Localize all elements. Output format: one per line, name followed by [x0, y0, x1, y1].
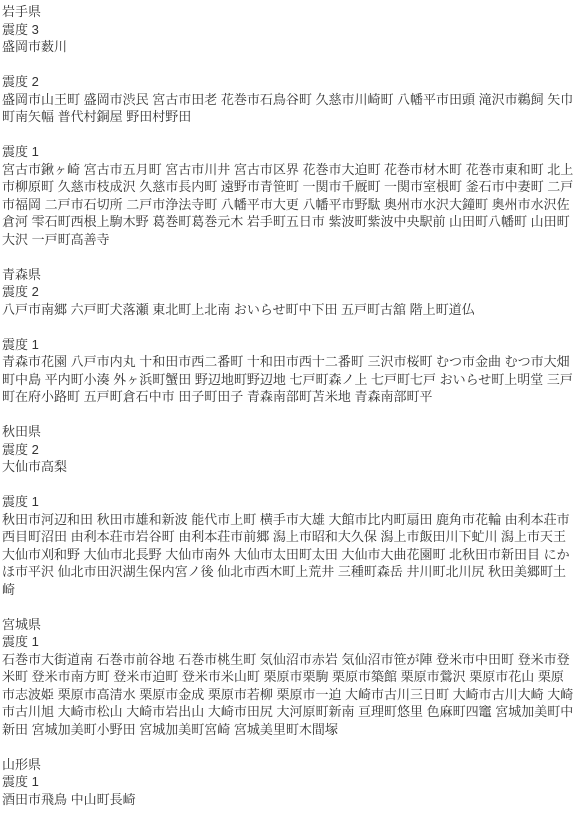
intensity-group: 震度 2 大仙市高梨	[2, 441, 575, 476]
area-list: 宮古市鍬ヶ崎 宮古市五月町 宮古市川井 宮古市区界 花巻市大迫町 花巻市材木町 …	[2, 161, 575, 249]
area-list: 酒田市飛鳥 中山町長崎	[2, 791, 575, 809]
intensity-heading: 震度 2	[2, 283, 575, 301]
prefecture-section-yamagata: 山形県 震度 1 酒田市飛鳥 中山町長崎	[2, 756, 575, 809]
intensity-heading: 震度 1	[2, 493, 575, 511]
prefecture-name: 山形県	[2, 756, 575, 774]
intensity-group: 震度 1 宮古市鍬ヶ崎 宮古市五月町 宮古市川井 宮古市区界 花巻市大迫町 花巻…	[2, 143, 575, 248]
intensity-group: 震度 1 酒田市飛鳥 中山町長崎	[2, 773, 575, 808]
seismic-intensity-report: 岩手県 震度 3 盛岡市薮川 震度 2 盛岡市山王町 盛岡市渋民 宮古市田老 花…	[0, 0, 584, 832]
prefecture-section-akita: 秋田県 震度 2 大仙市高梨 震度 1 秋田市河辺和田 秋田市雄和新波 能代市上…	[2, 423, 575, 598]
intensity-heading: 震度 1	[2, 773, 575, 791]
intensity-group: 震度 2 盛岡市山王町 盛岡市渋民 宮古市田老 花巻市石鳥谷町 久慈市川崎町 八…	[2, 73, 575, 126]
intensity-heading: 震度 3	[2, 21, 575, 39]
area-list: 青森市花園 八戸市内丸 十和田市西二番町 十和田市西十二番町 三沢市桜町 むつ市…	[2, 353, 575, 406]
area-list: 大仙市高梨	[2, 458, 575, 476]
prefecture-section-aomori: 青森県 震度 2 八戸市南郷 六戸町犬落瀬 東北町上北南 おいらせ町中下田 五戸…	[2, 266, 575, 406]
intensity-heading: 震度 1	[2, 143, 575, 161]
area-list: 盛岡市山王町 盛岡市渋民 宮古市田老 花巻市石鳥谷町 久慈市川崎町 八幡平市田頭…	[2, 91, 575, 126]
intensity-group: 震度 1 石巻市大街道南 石巻市前谷地 石巻市桃生町 気仙沼市赤岩 気仙沼市笹が…	[2, 633, 575, 738]
intensity-group: 震度 3 盛岡市薮川	[2, 21, 575, 56]
intensity-heading: 震度 1	[2, 336, 575, 354]
prefecture-name: 宮城県	[2, 616, 575, 634]
intensity-heading: 震度 2	[2, 73, 575, 91]
intensity-heading: 震度 2	[2, 441, 575, 459]
intensity-group: 震度 1 青森市花園 八戸市内丸 十和田市西二番町 十和田市西十二番町 三沢市桜…	[2, 336, 575, 406]
prefecture-name: 岩手県	[2, 3, 575, 21]
prefecture-section-miyagi: 宮城県 震度 1 石巻市大街道南 石巻市前谷地 石巻市桃生町 気仙沼市赤岩 気仙…	[2, 616, 575, 739]
intensity-group: 震度 1 秋田市河辺和田 秋田市雄和新波 能代市上町 横手市大雄 大館市比内町扇…	[2, 493, 575, 598]
prefecture-name: 青森県	[2, 266, 575, 284]
area-list: 秋田市河辺和田 秋田市雄和新波 能代市上町 横手市大雄 大館市比内町扇田 鹿角市…	[2, 511, 575, 599]
intensity-heading: 震度 1	[2, 633, 575, 651]
intensity-group: 震度 2 八戸市南郷 六戸町犬落瀬 東北町上北南 おいらせ町中下田 五戸町古舘 …	[2, 283, 575, 318]
area-list: 盛岡市薮川	[2, 38, 575, 56]
area-list: 石巻市大街道南 石巻市前谷地 石巻市桃生町 気仙沼市赤岩 気仙沼市笹が陣 登米市…	[2, 651, 575, 739]
prefecture-section-iwate: 岩手県 震度 3 盛岡市薮川 震度 2 盛岡市山王町 盛岡市渋民 宮古市田老 花…	[2, 3, 575, 248]
prefecture-name: 秋田県	[2, 423, 575, 441]
area-list: 八戸市南郷 六戸町犬落瀬 東北町上北南 おいらせ町中下田 五戸町古舘 階上町道仏	[2, 301, 575, 319]
